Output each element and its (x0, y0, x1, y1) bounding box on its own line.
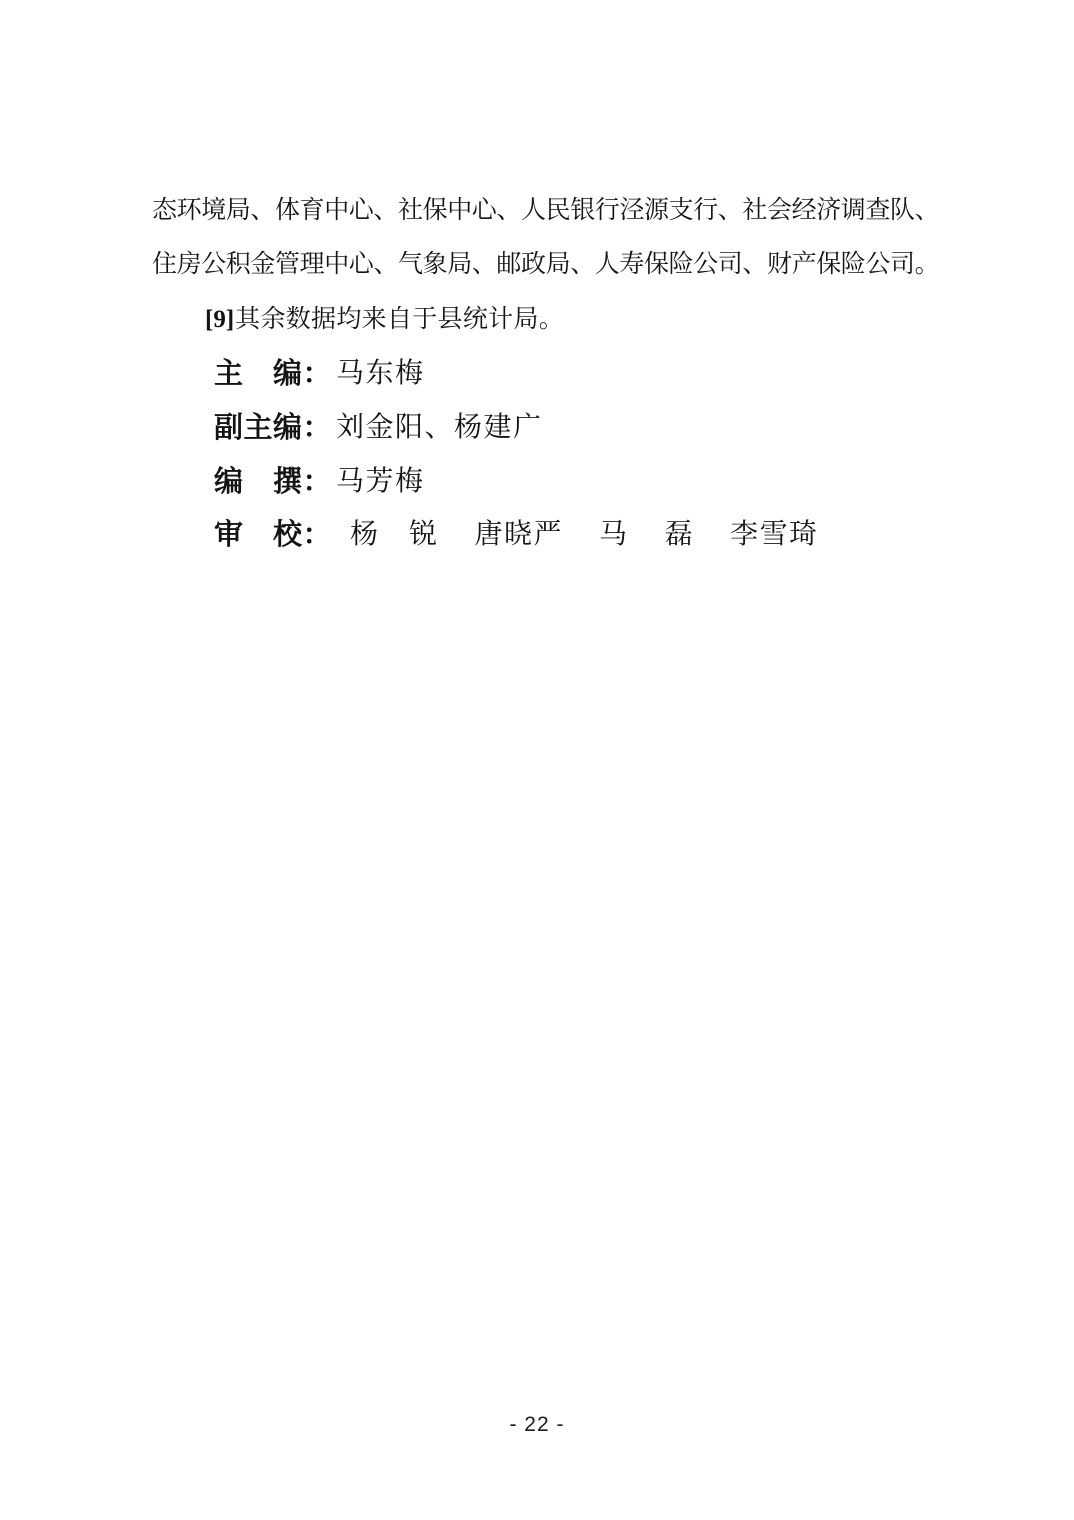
paragraph-line-1: 态环境局、体育中心、社保中心、人民银行泾源支行、社会经济调查队、 (152, 198, 939, 223)
compiler-name: 马芳梅 (336, 468, 425, 496)
footnote-text: 其余数据均来自于县统计局。 (235, 306, 564, 333)
page-number: - 22 - (0, 1413, 1074, 1437)
compiler-label: 编 撰： (214, 468, 332, 497)
chief-editor-name: 马东梅 (336, 360, 425, 388)
reviewer-name-3: 马 (599, 521, 629, 549)
reviewers-names-group: 杨 锐 唐晓严 马 磊 李雪琦 (350, 521, 819, 549)
deputy-editors-label: 副主编： (214, 414, 332, 443)
credit-row-chief-editor: 主 编： 马东梅 (214, 360, 425, 389)
reviewer-name-2: 唐晓严 (475, 521, 564, 549)
reviewer-name-1: 杨 锐 (350, 521, 439, 549)
reviewer-name-4: 磊 (665, 521, 695, 549)
footnote-marker: [9] (205, 306, 234, 333)
paragraph-line-2: 住房公积金管理中心、气象局、邮政局、人寿保险公司、财产保险公司。 (152, 252, 939, 277)
deputy-editors-names: 刘金阳、杨建广 (336, 414, 543, 442)
chief-editor-label: 主 编： (214, 360, 332, 389)
credit-row-reviewers: 审 校： 杨 锐 唐晓严 马 磊 李雪琦 (214, 521, 819, 550)
footnote-line: [9]其余数据均来自于县统计局。 (205, 307, 564, 332)
credit-row-compiler: 编 撰： 马芳梅 (214, 468, 425, 497)
reviewers-label: 审 校： (214, 521, 332, 550)
document-page: 态环境局、体育中心、社保中心、人民银行泾源支行、社会经济调查队、 住房公积金管理… (0, 0, 1074, 1520)
reviewer-name-5: 李雪琦 (730, 521, 819, 549)
credit-row-deputy-editors: 副主编： 刘金阳、杨建广 (214, 414, 543, 443)
